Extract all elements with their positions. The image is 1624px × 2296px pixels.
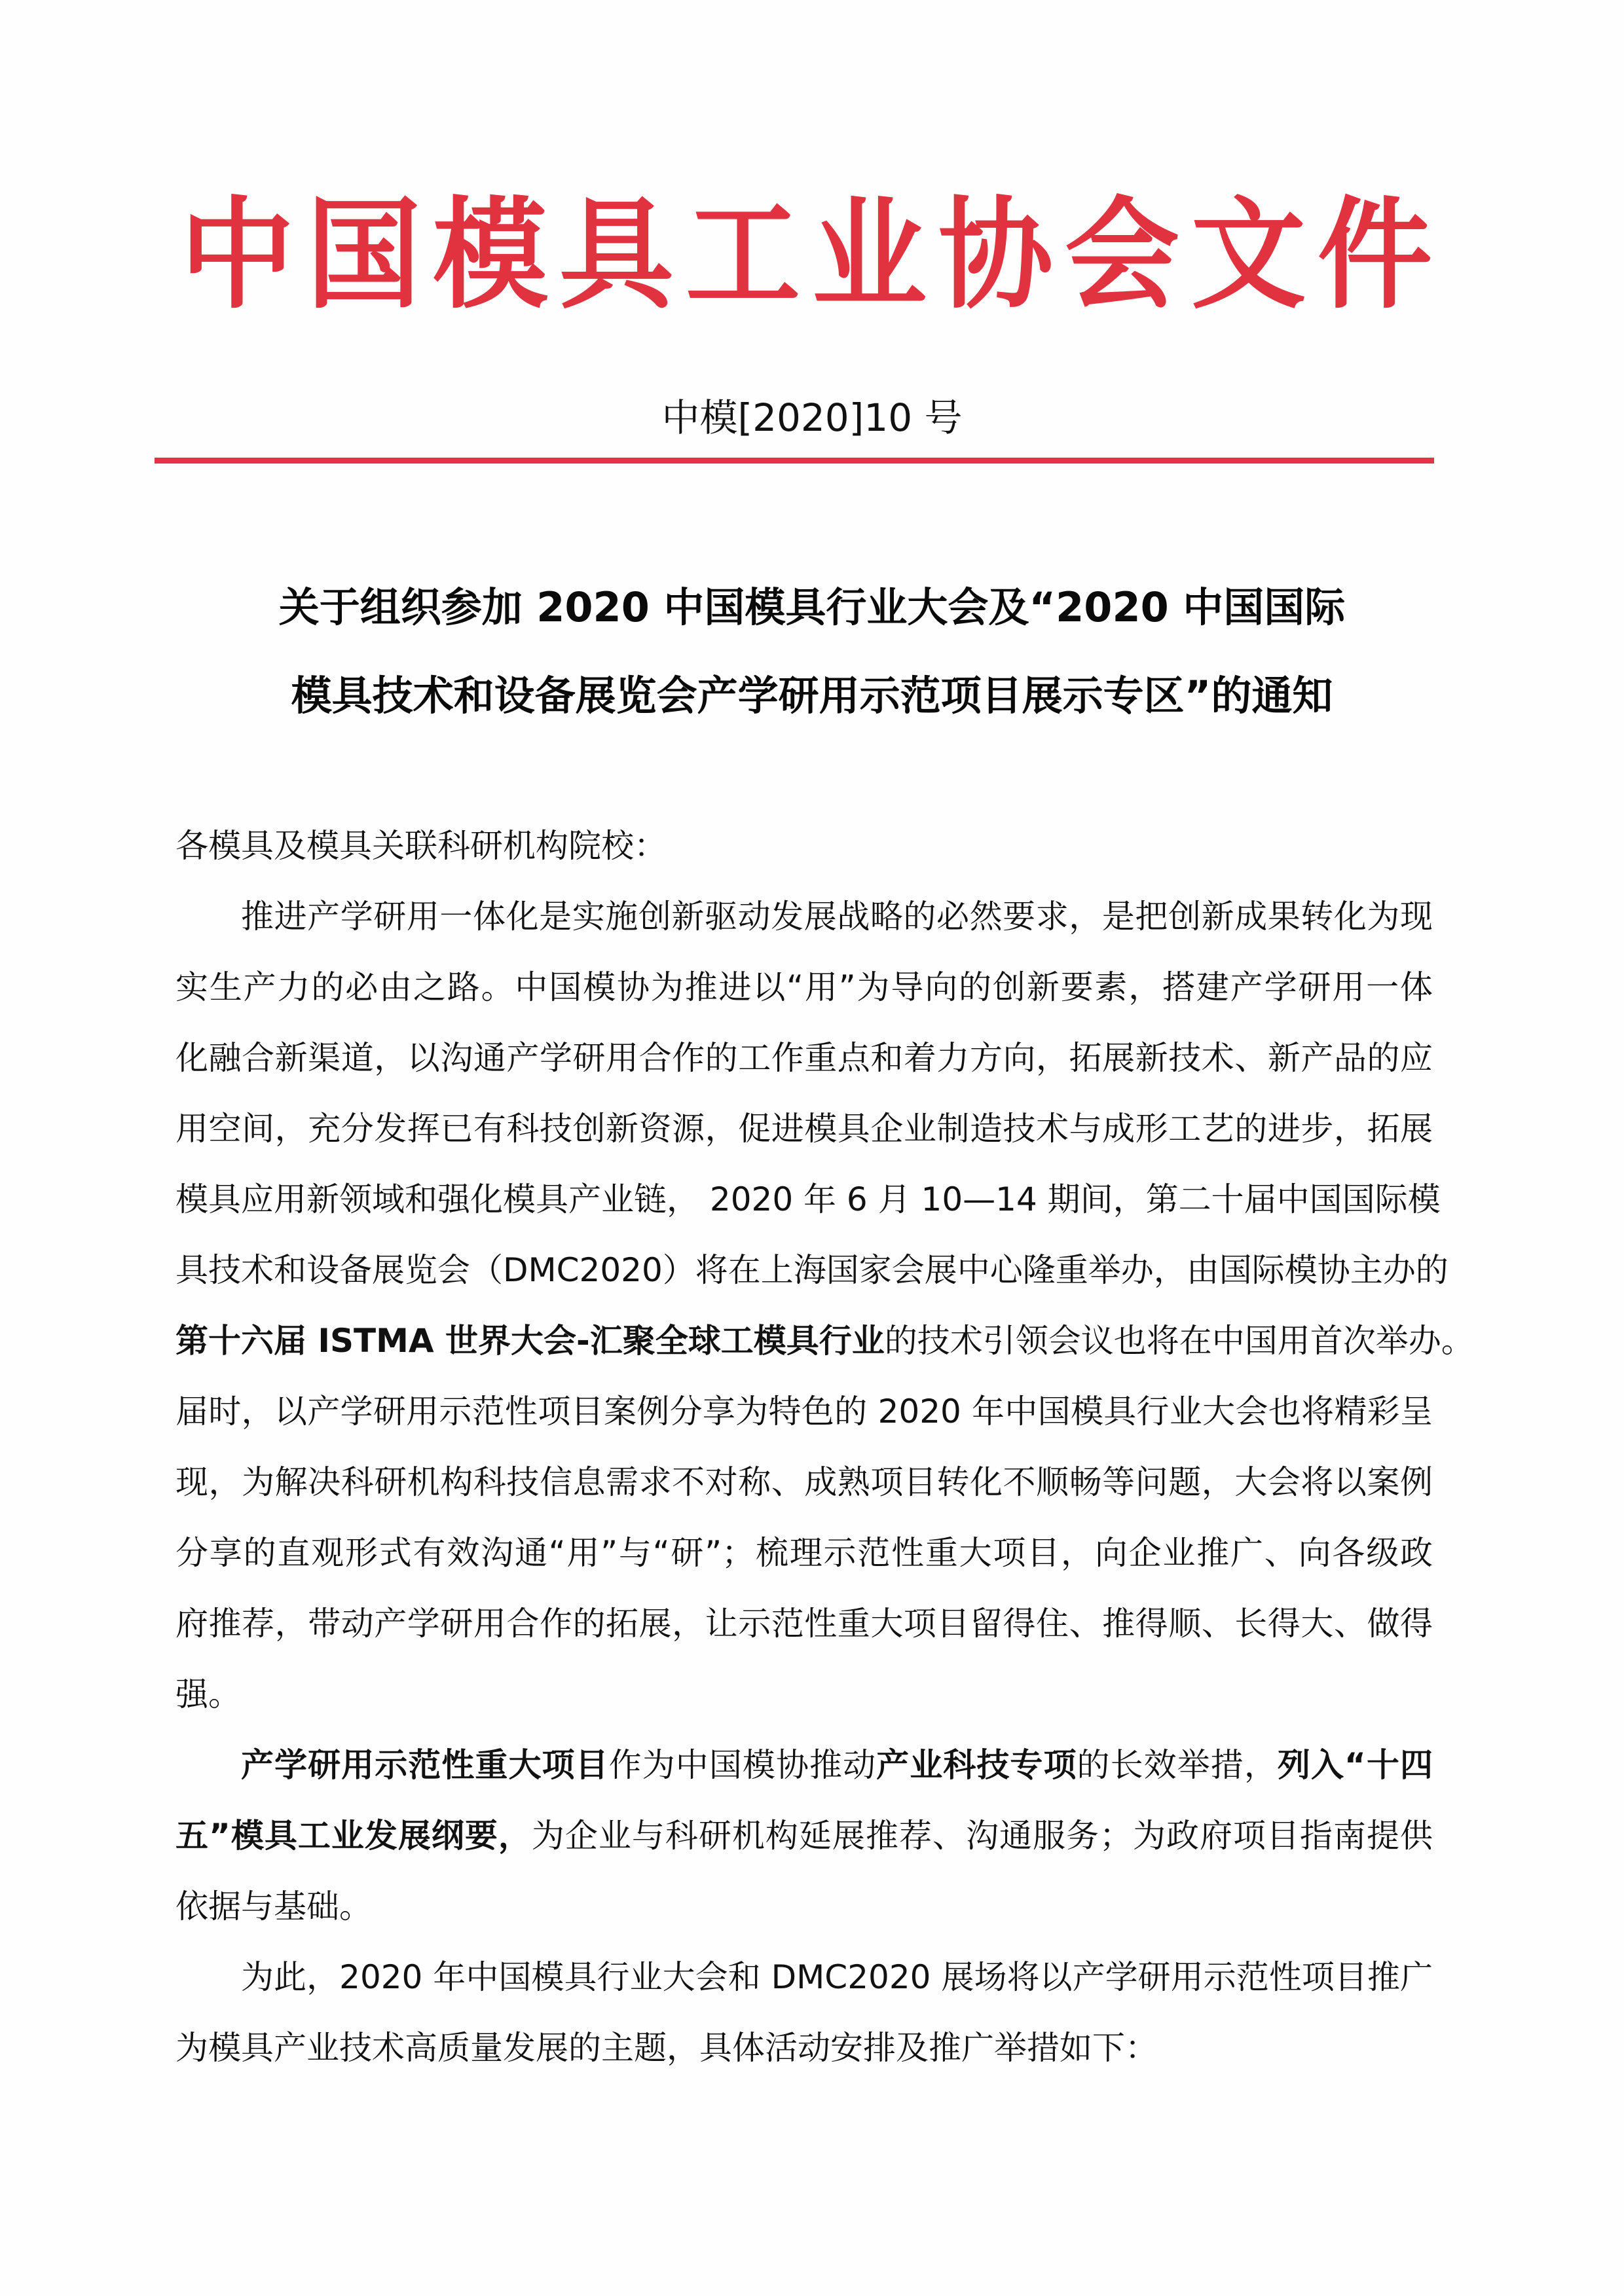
paragraph-1-line: 府推荐，带动产学研用合作的拓展，让示范性重大项目留得住、推得顺、长得大、做得	[175, 1588, 1433, 1659]
masthead-title: 中国模具工业协会文件	[0, 187, 1624, 324]
title-line-2: 模具技术和设备展览会产学研用示范项目展示专区”的通知	[0, 651, 1624, 740]
industry-tech-bold: 产业科技专项	[876, 1746, 1077, 1784]
paragraph-1-line: 具技术和设备展览会（DMC2020）将在上海国家会展中心隆重举办，由国际模协主办…	[175, 1235, 1433, 1305]
title-line-1: 关于组织参加 2020 中国模具行业大会及“2020 中国国际	[0, 563, 1624, 651]
body-text: 各模具及模具关联科研机构院校： 推进产学研用一体化是实施创新驱动发展战略的必然要…	[175, 811, 1433, 2083]
paragraph-2-line-1: 产学研用示范性重大项目作为中国模协推动产业科技专项的长效举措，列入“十四	[175, 1730, 1433, 1800]
paragraph-1-line: 推进产学研用一体化是实施创新驱动发展战略的必然要求，是把创新成果转化为现	[175, 881, 1433, 952]
paragraph-1-line: 用空间，充分发挥已有科技创新资源，促进模具企业制造技术与成形工艺的进步，拓展	[175, 1093, 1433, 1164]
paragraph-2-line-2: 五”模具工业发展纲要，为企业与科研机构延展推荐、沟通服务；为政府项目指南提供	[175, 1800, 1433, 1871]
paragraph-3-line: 为模具产业技术高质量发展的主题，具体活动安排及推广举措如下：	[175, 2013, 1433, 2083]
document-number: 中模[2020]10 号	[0, 392, 1624, 444]
key-projects-bold: 产学研用示范性重大项目	[241, 1746, 609, 1784]
paragraph-1-line: 实生产力的必由之路。中国模协为推进以“用”为导向的创新要素，搭建产学研用一体	[175, 952, 1433, 1023]
notice-title: 关于组织参加 2020 中国模具行业大会及“2020 中国国际 模具技术和设备展…	[0, 563, 1624, 740]
document-page: 中国模具工业协会文件 中模[2020]10 号 关于组织参加 2020 中国模具…	[0, 0, 1624, 2296]
five-year-plan-bold: 列入“十四	[1278, 1746, 1433, 1784]
paragraph-2-text: 作为中国模协推动	[609, 1746, 877, 1784]
salutation: 各模具及模具关联科研机构院校：	[175, 811, 1433, 881]
paragraph-3-line: 为此，2020 年中国模具行业大会和 DMC2020 展场将以产学研用示范性项目…	[175, 1942, 1433, 2013]
istma-congress-bold: 第十六届 ISTMA 世界大会-汇聚全球工模具行业	[175, 1322, 885, 1360]
paragraph-1-line: 现，为解决科研机构科技信息需求不对称、成熟项目转化不顺畅等问题，大会将以案例	[175, 1447, 1433, 1518]
paragraph-2-text: 的长效举措，	[1077, 1746, 1278, 1784]
paragraph-1-line: 届时，以产学研用示范性项目案例分享为特色的 2020 年中国模具行业大会也将精彩…	[175, 1376, 1433, 1447]
paragraph-1-line: 模具应用新领域和强化模具产业链， 2020 年 6 月 10—14 期间，第二十…	[175, 1164, 1433, 1235]
paragraph-1-line: 化融合新渠道，以沟通产学研用合作的工作重点和着力方向，拓展新技术、新产品的应	[175, 1023, 1433, 1093]
paragraph-2-text: 为企业与科研机构延展推荐、沟通服务；为政府项目指南提供	[532, 1817, 1433, 1855]
outline-bold: 五”模具工业发展纲要，	[175, 1817, 532, 1855]
paragraph-2-line-3: 依据与基础。	[175, 1871, 1433, 1942]
paragraph-1-line: 强。	[175, 1659, 1433, 1730]
istma-congress-rest: 的技术引领会议也将在中国用首次举办。	[885, 1322, 1474, 1360]
red-divider-rule	[155, 458, 1434, 464]
paragraph-1-line-istma: 第十六届 ISTMA 世界大会-汇聚全球工模具行业的技术引领会议也将在中国用首次…	[175, 1305, 1433, 1376]
paragraph-1-line: 分享的直观形式有效沟通“用”与“研”；梳理示范性重大项目，向企业推广、向各级政	[175, 1518, 1433, 1588]
